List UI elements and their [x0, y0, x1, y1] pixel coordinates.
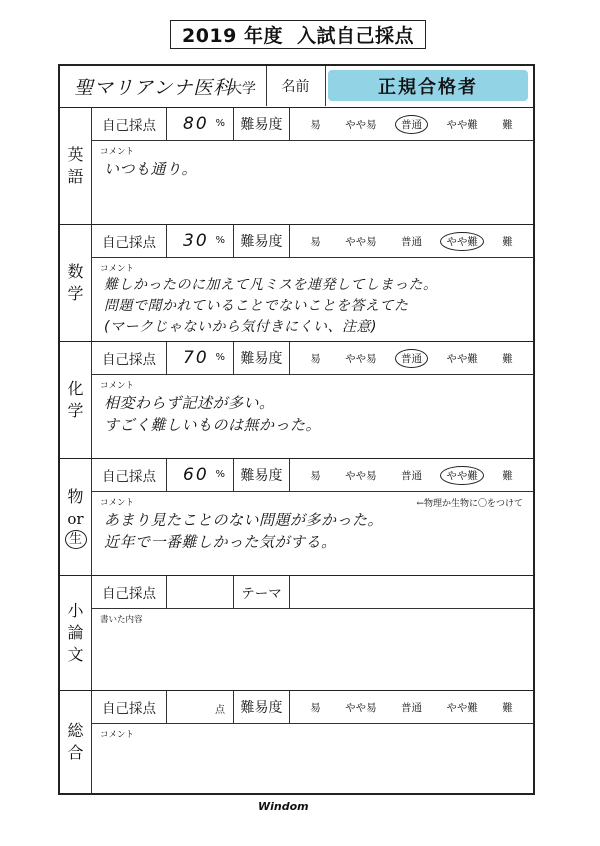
written-content-label: 書いた内容 [100, 613, 143, 625]
section-math: 数 学 自己採点 30 % 難易度 易 やや易 普通 やや難 難 コメント 難し… [60, 225, 533, 342]
score-row: 自己採点 60 % 難易度 易 やや易 普通 やや難 難 [92, 459, 533, 492]
comment-text: あまり見たことのない問題が多かった。 近年で一番難しかった気がする。 [104, 509, 383, 553]
subject-label: 小 論 文 [60, 576, 92, 690]
comment-box[interactable]: コメント [92, 724, 533, 793]
subject-label: 総 合 [60, 691, 92, 793]
score-value: 30 [183, 231, 209, 251]
section-chemistry: 化 学 自己採点 70 % 難易度 易 やや易 普通 やや難 難 コメント 相変… [60, 342, 533, 459]
score-row: 自己採点 テーマ [92, 576, 533, 609]
comment-label: コメント [100, 145, 134, 157]
difficulty-options: 易 やや易 普通 やや難 難 [290, 691, 533, 723]
comment-line: 近年で一番難しかった気がする。 [104, 531, 383, 553]
difficulty-option-somewhat-hard[interactable]: やや難 [440, 115, 484, 134]
percent-unit: % [215, 352, 225, 363]
difficulty-option-somewhat-hard[interactable]: やや難 [440, 349, 484, 368]
difficulty-options: 易 やや易 普通 やや難 難 [290, 342, 533, 374]
written-content-box[interactable]: 書いた内容 [92, 609, 533, 690]
comment-box[interactable]: コメント 難しかったのに加えて凡ミスを連発してしまった。 問題で聞かれていること… [92, 258, 533, 341]
difficulty-option-somewhat-hard-selected[interactable]: やや難 [440, 232, 484, 251]
difficulty-option-normal[interactable]: 普通 [395, 698, 428, 717]
difficulty-options: 易 やや易 普通 やや難 難 [290, 108, 533, 140]
difficulty-option-easy[interactable]: 易 [304, 466, 327, 485]
difficulty-option-somewhat-hard-selected[interactable]: やや難 [440, 466, 484, 485]
score-row: 自己採点 30 % 難易度 易 やや易 普通 やや難 難 [92, 225, 533, 258]
comment-box[interactable]: コメント 相変わらず記述が多い。 すごく難しいものは無かった。 [92, 375, 533, 458]
subject-or: or [67, 508, 83, 530]
comment-line: (マークじゃないから気付きにくい、注意) [104, 317, 438, 338]
self-score-label: 自己採点 [92, 576, 167, 608]
difficulty-option-somewhat-easy[interactable]: やや易 [339, 349, 383, 368]
comment-line: 難しかったのに加えて凡ミスを連発してしまった。 [104, 275, 438, 296]
subject-label: 英 語 [60, 108, 92, 224]
points-unit: 点 [215, 701, 225, 716]
name-badge: 正規合格者 [328, 70, 528, 101]
comment-label: コメント [100, 379, 134, 391]
percent-unit: % [215, 235, 225, 246]
self-score-label: 自己採点 [92, 342, 167, 374]
comment-line: いつも通り。 [104, 158, 197, 180]
header-row: 聖マリアンナ医科 大学 名前 正規合格者 [60, 66, 533, 108]
section-english: 英 語 自己採点 80 % 難易度 易 やや易 普通 やや難 難 コメント いつ… [60, 108, 533, 225]
subject-char: 文 [67, 644, 83, 666]
subject-char: 数 [67, 261, 83, 283]
difficulty-option-somewhat-easy[interactable]: やや易 [339, 466, 383, 485]
difficulty-option-somewhat-easy[interactable]: やや易 [339, 232, 383, 251]
comment-line: すごく難しいものは無かった。 [104, 414, 321, 436]
difficulty-label: 難易度 [234, 459, 290, 491]
subject-char: 学 [67, 400, 83, 422]
difficulty-option-easy[interactable]: 易 [304, 115, 327, 134]
score-field[interactable]: 30 % [167, 225, 234, 257]
self-score-label: 自己採点 [92, 691, 167, 723]
university-field[interactable]: 聖マリアンナ医科 大学 [60, 66, 267, 106]
difficulty-label: 難易度 [234, 108, 290, 140]
comment-text: いつも通り。 [104, 158, 197, 180]
score-value: 70 [183, 348, 209, 368]
university-suffix: 大学 [228, 78, 256, 98]
difficulty-option-somewhat-easy[interactable]: やや易 [339, 115, 383, 134]
difficulty-options: 易 やや易 普通 やや難 難 [290, 459, 533, 491]
difficulty-option-somewhat-hard[interactable]: やや難 [440, 698, 484, 717]
subject-char: 語 [67, 166, 83, 188]
name-label: 名前 [266, 66, 326, 106]
subject-char: 学 [67, 283, 83, 305]
percent-unit: % [215, 469, 225, 480]
university-name: 聖マリアンナ医科 [74, 73, 233, 100]
section-physics-or-biology: 物 or 生 自己採点 60 % 難易度 易 やや易 普通 やや難 難 コメント… [60, 459, 533, 576]
subject-char: 英 [67, 144, 83, 166]
self-score-label: 自己採点 [92, 459, 167, 491]
difficulty-option-normal-selected[interactable]: 普通 [395, 115, 428, 134]
comment-label: コメント [100, 496, 134, 508]
subject-char: 化 [67, 378, 83, 400]
difficulty-option-normal-selected[interactable]: 普通 [395, 349, 428, 368]
section-overall: 総 合 自己採点 点 難易度 易 やや易 普通 やや難 難 コメント [60, 691, 533, 793]
self-score-label: 自己採点 [92, 225, 167, 257]
comment-text: 難しかったのに加えて凡ミスを連発してしまった。 問題で聞かれていることでないこと… [104, 275, 438, 338]
difficulty-option-hard[interactable]: 難 [496, 232, 519, 251]
difficulty-option-somewhat-easy[interactable]: やや易 [339, 698, 383, 717]
comment-line: 相変わらず記述が多い。 [104, 392, 321, 414]
score-value: 80 [183, 114, 209, 134]
score-row: 自己採点 70 % 難易度 易 やや易 普通 やや難 難 [92, 342, 533, 375]
score-field[interactable]: 60 % [167, 459, 234, 491]
difficulty-option-easy[interactable]: 易 [304, 232, 327, 251]
score-row: 自己採点 点 難易度 易 やや易 普通 やや難 難 [92, 691, 533, 724]
difficulty-option-hard[interactable]: 難 [496, 698, 519, 717]
subject-char: 総 [67, 720, 83, 742]
score-field[interactable]: 70 % [167, 342, 234, 374]
difficulty-option-hard[interactable]: 難 [496, 466, 519, 485]
title-text: 入試自己採点 [297, 21, 414, 48]
subject-label: 物 or 生 [60, 459, 92, 575]
comment-line: 問題で聞かれていることでないことを答えてた [104, 296, 438, 317]
comment-label: コメント [100, 262, 134, 274]
score-field[interactable] [167, 576, 234, 608]
difficulty-option-normal[interactable]: 普通 [395, 232, 428, 251]
section-essay: 小 論 文 自己採点 テーマ 書いた内容 [60, 576, 533, 691]
percent-unit: % [215, 118, 225, 129]
subject-choice-biology-selected[interactable]: 生 [65, 530, 87, 549]
difficulty-option-hard[interactable]: 難 [496, 349, 519, 368]
score-sheet: 聖マリアンナ医科 大学 名前 正規合格者 英 語 自己採点 80 % 難易度 易… [58, 64, 535, 795]
comment-box[interactable]: コメント いつも通り。 [92, 141, 533, 224]
subject-label: 数 学 [60, 225, 92, 341]
difficulty-label: 難易度 [234, 225, 290, 257]
subject-char: 小 [67, 600, 83, 622]
difficulty-label: 難易度 [234, 342, 290, 374]
comment-box[interactable]: コメント ←物理か生物に〇をつけて あまり見たことのない問題が多かった。 近年で… [92, 492, 533, 575]
difficulty-options: 易 やや易 普通 やや難 難 [290, 225, 533, 257]
page-title: 2019 年度入試自己採点 [170, 20, 426, 49]
subject-choice-physics[interactable]: 物 [67, 486, 83, 508]
difficulty-label: 難易度 [234, 691, 290, 723]
theme-label: テーマ [234, 576, 290, 608]
comment-line: あまり見たことのない問題が多かった。 [104, 509, 383, 531]
score-field[interactable]: 80 % [167, 108, 234, 140]
score-field[interactable]: 点 [167, 691, 234, 723]
difficulty-option-normal[interactable]: 普通 [395, 466, 428, 485]
score-value: 60 [183, 465, 209, 485]
difficulty-option-hard[interactable]: 難 [496, 115, 519, 134]
subject-char: 合 [67, 742, 83, 764]
theme-field[interactable] [290, 576, 533, 608]
subject-char: 論 [67, 622, 83, 644]
comment-text: 相変わらず記述が多い。 すごく難しいものは無かった。 [104, 392, 321, 436]
title-year: 2019 年度 [182, 21, 283, 48]
brand-logo: Windom [258, 800, 309, 813]
subject-label: 化 学 [60, 342, 92, 458]
self-score-label: 自己採点 [92, 108, 167, 140]
difficulty-option-easy[interactable]: 易 [304, 349, 327, 368]
score-row: 自己採点 80 % 難易度 易 やや易 普通 やや難 難 [92, 108, 533, 141]
difficulty-option-easy[interactable]: 易 [304, 698, 327, 717]
comment-label: コメント [100, 728, 134, 740]
subject-choice-note: ←物理か生物に〇をつけて [416, 496, 523, 509]
